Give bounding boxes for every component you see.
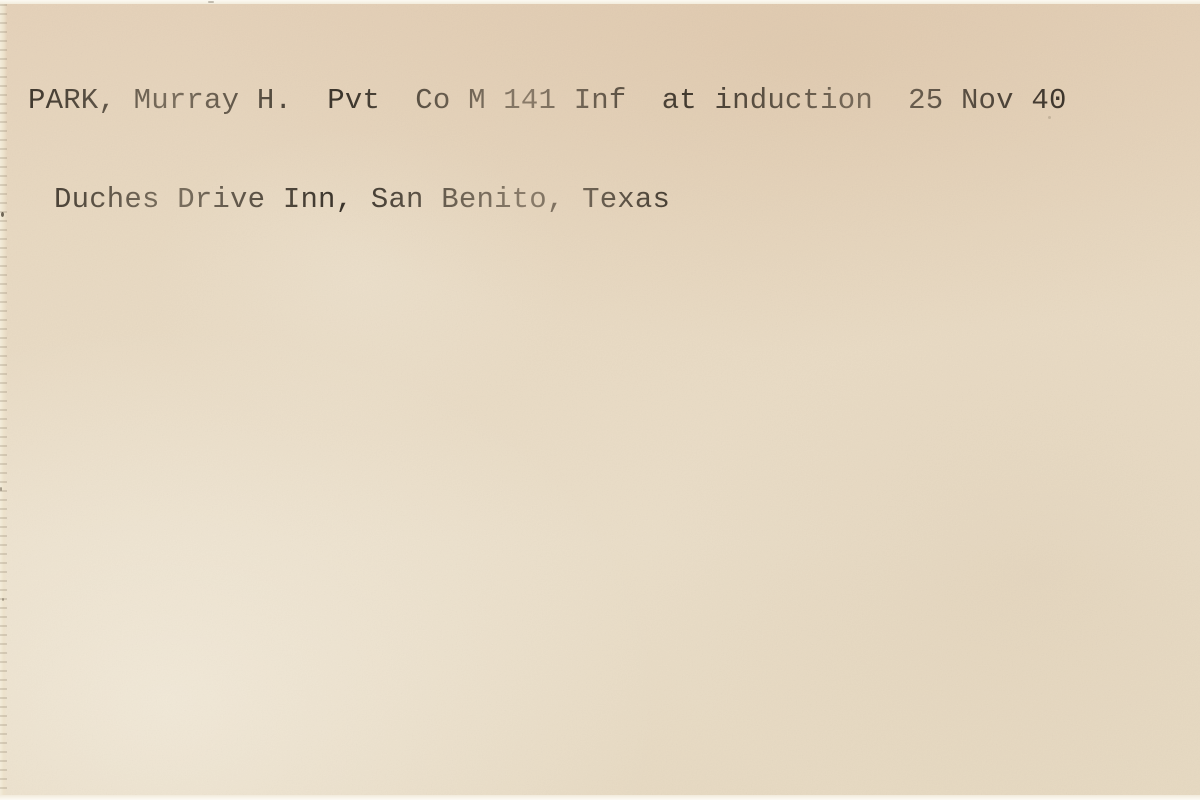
paper-speck bbox=[208, 1, 214, 3]
paper-speck bbox=[1048, 116, 1051, 119]
paper-speck bbox=[1, 212, 4, 217]
caption-line-2: Duches Drive Inn, San Benito, Texas bbox=[28, 183, 1067, 216]
scan-edge-top bbox=[0, 0, 1200, 4]
scan-edge-left bbox=[0, 4, 7, 795]
index-card-paper: PARK, Murray H. Pvt Co M 141 Inf at indu… bbox=[0, 4, 1200, 795]
paper-speck bbox=[0, 487, 2, 491]
scan-edge-bottom bbox=[0, 795, 1200, 800]
typewritten-text-block: PARK, Murray H. Pvt Co M 141 Inf at indu… bbox=[28, 18, 1067, 282]
scanned-card-photo: PARK, Murray H. Pvt Co M 141 Inf at indu… bbox=[0, 0, 1200, 800]
paper-speck bbox=[2, 598, 4, 601]
caption-line-1: PARK, Murray H. Pvt Co M 141 Inf at indu… bbox=[28, 84, 1067, 117]
